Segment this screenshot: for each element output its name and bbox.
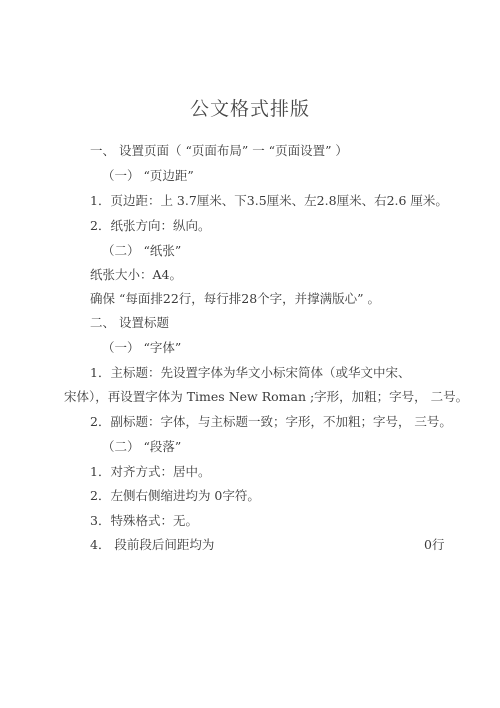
orientation-item: 2．纸张方向：纵向。 xyxy=(90,218,210,234)
indent-item: 2．左侧右侧缩进均为 0字符。 xyxy=(90,488,260,504)
lines-per-page-item: 确保 “每面排22行，每行排28个字，并撑满版心” 。 xyxy=(90,291,380,307)
subsection-paragraph-heading: （二） “段落” xyxy=(102,439,181,455)
special-format-item: 3．特殊格式：无。 xyxy=(90,513,198,529)
section-1-heading: 一、 设置页面（ “页面布局” 一 “页面设置” ） xyxy=(90,143,348,159)
main-title-item-line2: 宋体），再设置字体为 Times New Roman ;字形，加粗；字号， 二号… xyxy=(64,389,468,405)
spacing-value: 0行 xyxy=(424,537,444,553)
subsection-paper-heading: （二） “纸张” xyxy=(102,243,181,259)
paper-size-item: 纸张大小：A4。 xyxy=(90,267,182,283)
subsection-font-heading: （一） “字体” xyxy=(102,340,181,356)
subtitle-item: 2．副标题：字体，与主标题一致；字形，不加粗；字号， 三号。 xyxy=(90,414,452,430)
section-2-heading: 二、 设置标题 xyxy=(90,315,169,331)
document-title: 公文格式排版 xyxy=(0,94,500,121)
alignment-item: 1．对齐方式：居中。 xyxy=(90,464,210,480)
subsection-margins-heading: （一） “页边距” xyxy=(102,168,194,184)
spacing-item: 4． 段前段后间距均为 xyxy=(90,537,214,553)
main-title-item-line1: 1．主标题：先设置字体为华文小标宋简体（或华文中宋、 xyxy=(90,365,410,381)
margins-item: 1．页边距：上 3.7厘米、下3.5厘米、左2.8厘米、右2.6 厘米。 xyxy=(90,193,448,209)
